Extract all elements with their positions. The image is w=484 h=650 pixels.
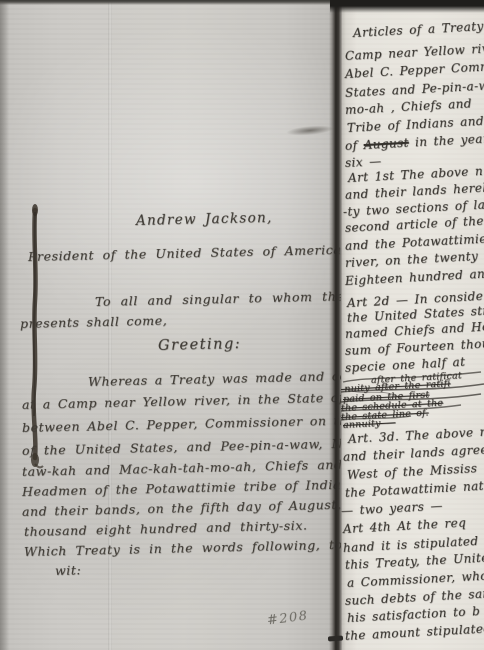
manuscript-line: his satisfaction to b <box>347 604 481 625</box>
manuscript-line: Camp near Yellow river <box>345 41 484 63</box>
line-segment: in the year <box>408 131 484 149</box>
scan-edge-top-right <box>330 0 484 13</box>
archival-page-number: #208 <box>266 609 309 629</box>
manuscript-line-august: of August in the year <box>345 131 484 153</box>
manuscript-line: — two years — <box>341 499 443 518</box>
line-segment: of <box>345 138 364 153</box>
manuscript-line: six — <box>345 154 382 170</box>
ink-scribble-corrections <box>341 368 484 434</box>
manuscript-line: the Potawattimie nat <box>345 479 484 500</box>
manuscript-line: thousand eight hundred and thirty-six. <box>24 518 308 539</box>
manuscript-line: presents shall come, <box>20 313 168 331</box>
page-left-edge-shadow <box>0 0 9 650</box>
struck-word: August <box>363 136 409 152</box>
manuscript-line: Art 4th At the req <box>343 516 467 536</box>
scanned-treaty-document: Andrew Jackson, President of the United … <box>0 0 484 650</box>
manuscript-line: taw-kah and Mac-kah-tah-mo-ah, Chiefs an… <box>22 457 343 479</box>
manuscript-line: of the United States, and Pee-pin-a-waw,… <box>22 435 356 458</box>
manuscript-line: the amount stipulated <box>345 621 484 643</box>
manuscript-line: President of the United States of Americ… <box>28 242 346 264</box>
manuscript-line: Articles of a Treaty ma <box>353 18 484 40</box>
scan-edge-top-left <box>0 0 334 5</box>
manuscript-line: Greeting: <box>158 336 241 354</box>
seal-tape-mark <box>24 200 50 480</box>
page-binding-gutter <box>329 0 342 650</box>
left-page: Andrew Jackson, President of the United … <box>0 0 334 650</box>
manuscript-line: West of the Mississ <box>347 461 478 482</box>
manuscript-line: Which Treaty is in the words following, … <box>24 537 343 559</box>
gutter-ink-mark <box>328 635 343 641</box>
ink-smudge <box>286 124 335 137</box>
addressor-name: Andrew Jackson, <box>136 210 273 229</box>
manuscript-line: Eighteen hundred and <box>345 266 484 288</box>
right-page: Articles of a Treaty ma Camp near Yellow… <box>341 0 484 650</box>
manuscript-line: To all and singular to whom these <box>95 288 360 309</box>
manuscript-line: and their lands agree <box>343 442 484 464</box>
manuscript-line: wit: <box>55 562 82 578</box>
manuscript-line: and their bands, on the fifth day of Aug… <box>22 496 374 519</box>
manuscript-line: mo-ah , Chiefs and <box>345 96 473 117</box>
manuscript-line: Headmen of the Potawattimie tribe of Ind… <box>22 476 362 499</box>
